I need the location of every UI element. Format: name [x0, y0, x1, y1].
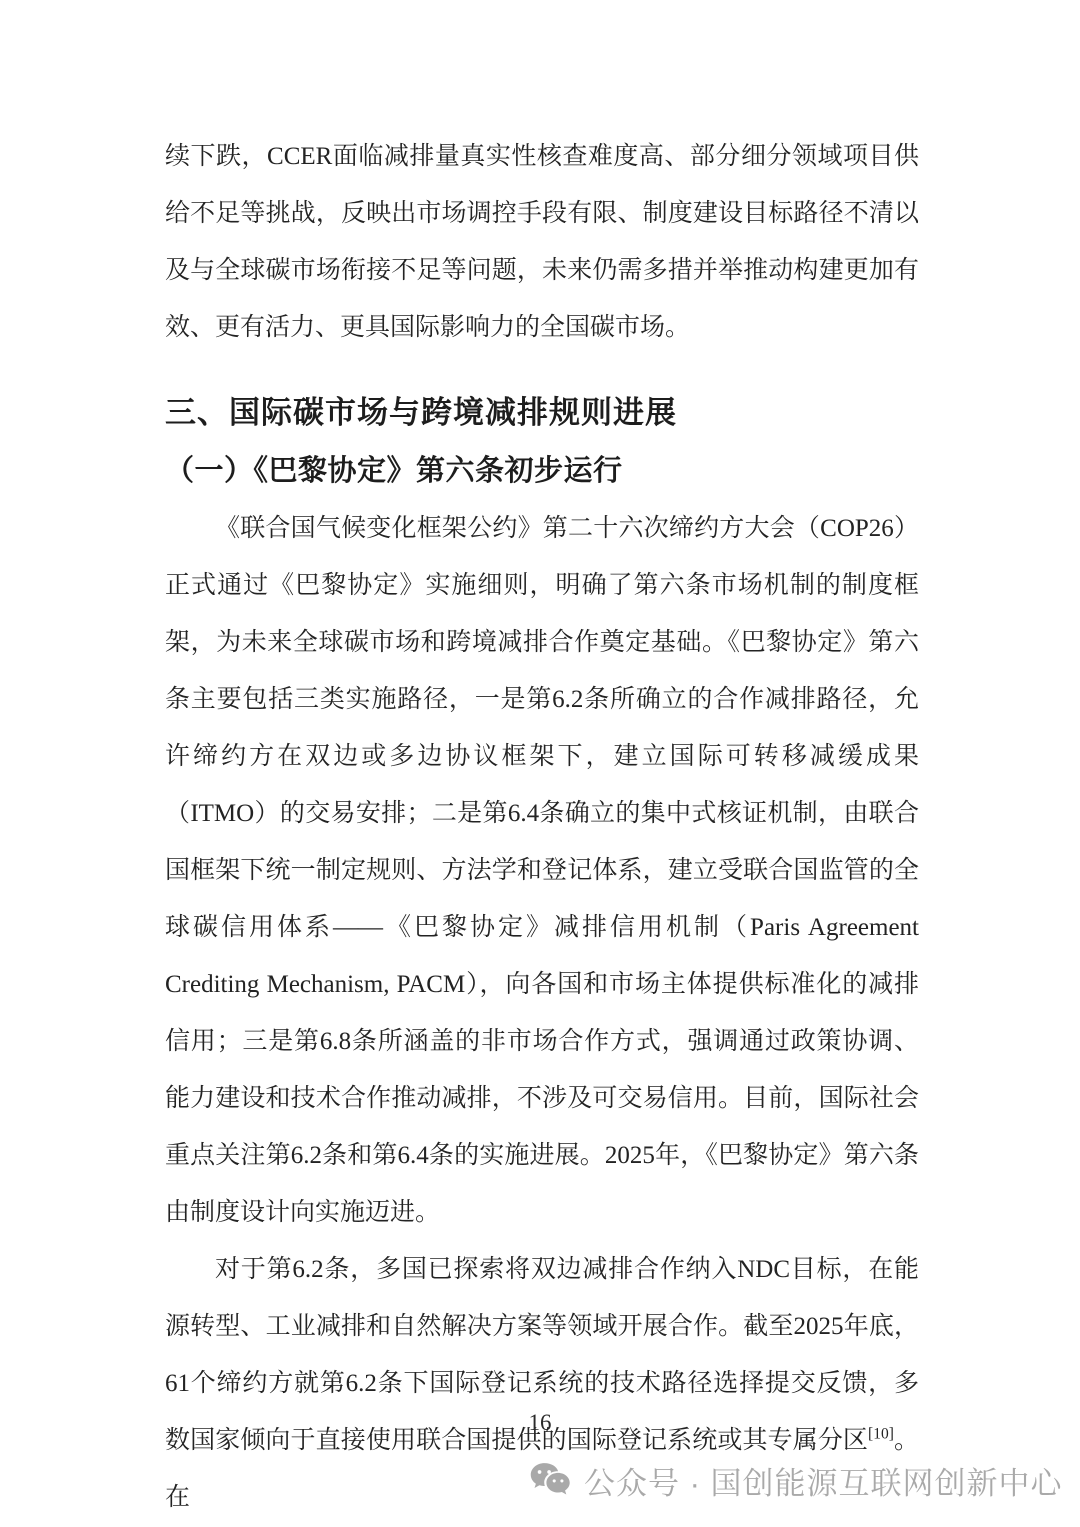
paragraph-ccer-challenges: 续下跌，CCER面临减排量真实性核查难度高、部分细分领域项目供给不足等挑战，反映… — [165, 128, 919, 356]
page-body: 续下跌，CCER面临减排量真实性核查难度高、部分细分领域项目供给不足等挑战，反映… — [165, 128, 919, 1526]
section-heading-international-carbon-market: 三、国际碳市场与跨境减排规则进展 — [165, 384, 919, 442]
wechat-icon — [528, 1460, 572, 1502]
footer-watermark: 公众号 · 国创能源互联网创新中心 — [528, 1458, 1063, 1503]
paragraph-article6-overview: 《联合国气候变化框架公约》第二十六次缔约方大会（COP26）正式通过《巴黎协定》… — [165, 500, 919, 1241]
page-number: 16 — [0, 1410, 1080, 1436]
watermark-text: 公众号 · 国创能源互联网创新中心 — [584, 1458, 1063, 1503]
subsection-heading-paris-agreement-article6: （一）《巴黎协定》第六条初步运行 — [165, 442, 919, 500]
document-page: 续下跌，CCER面临减排量真实性核查难度高、部分细分领域项目供给不足等挑战，反映… — [0, 0, 1080, 1527]
